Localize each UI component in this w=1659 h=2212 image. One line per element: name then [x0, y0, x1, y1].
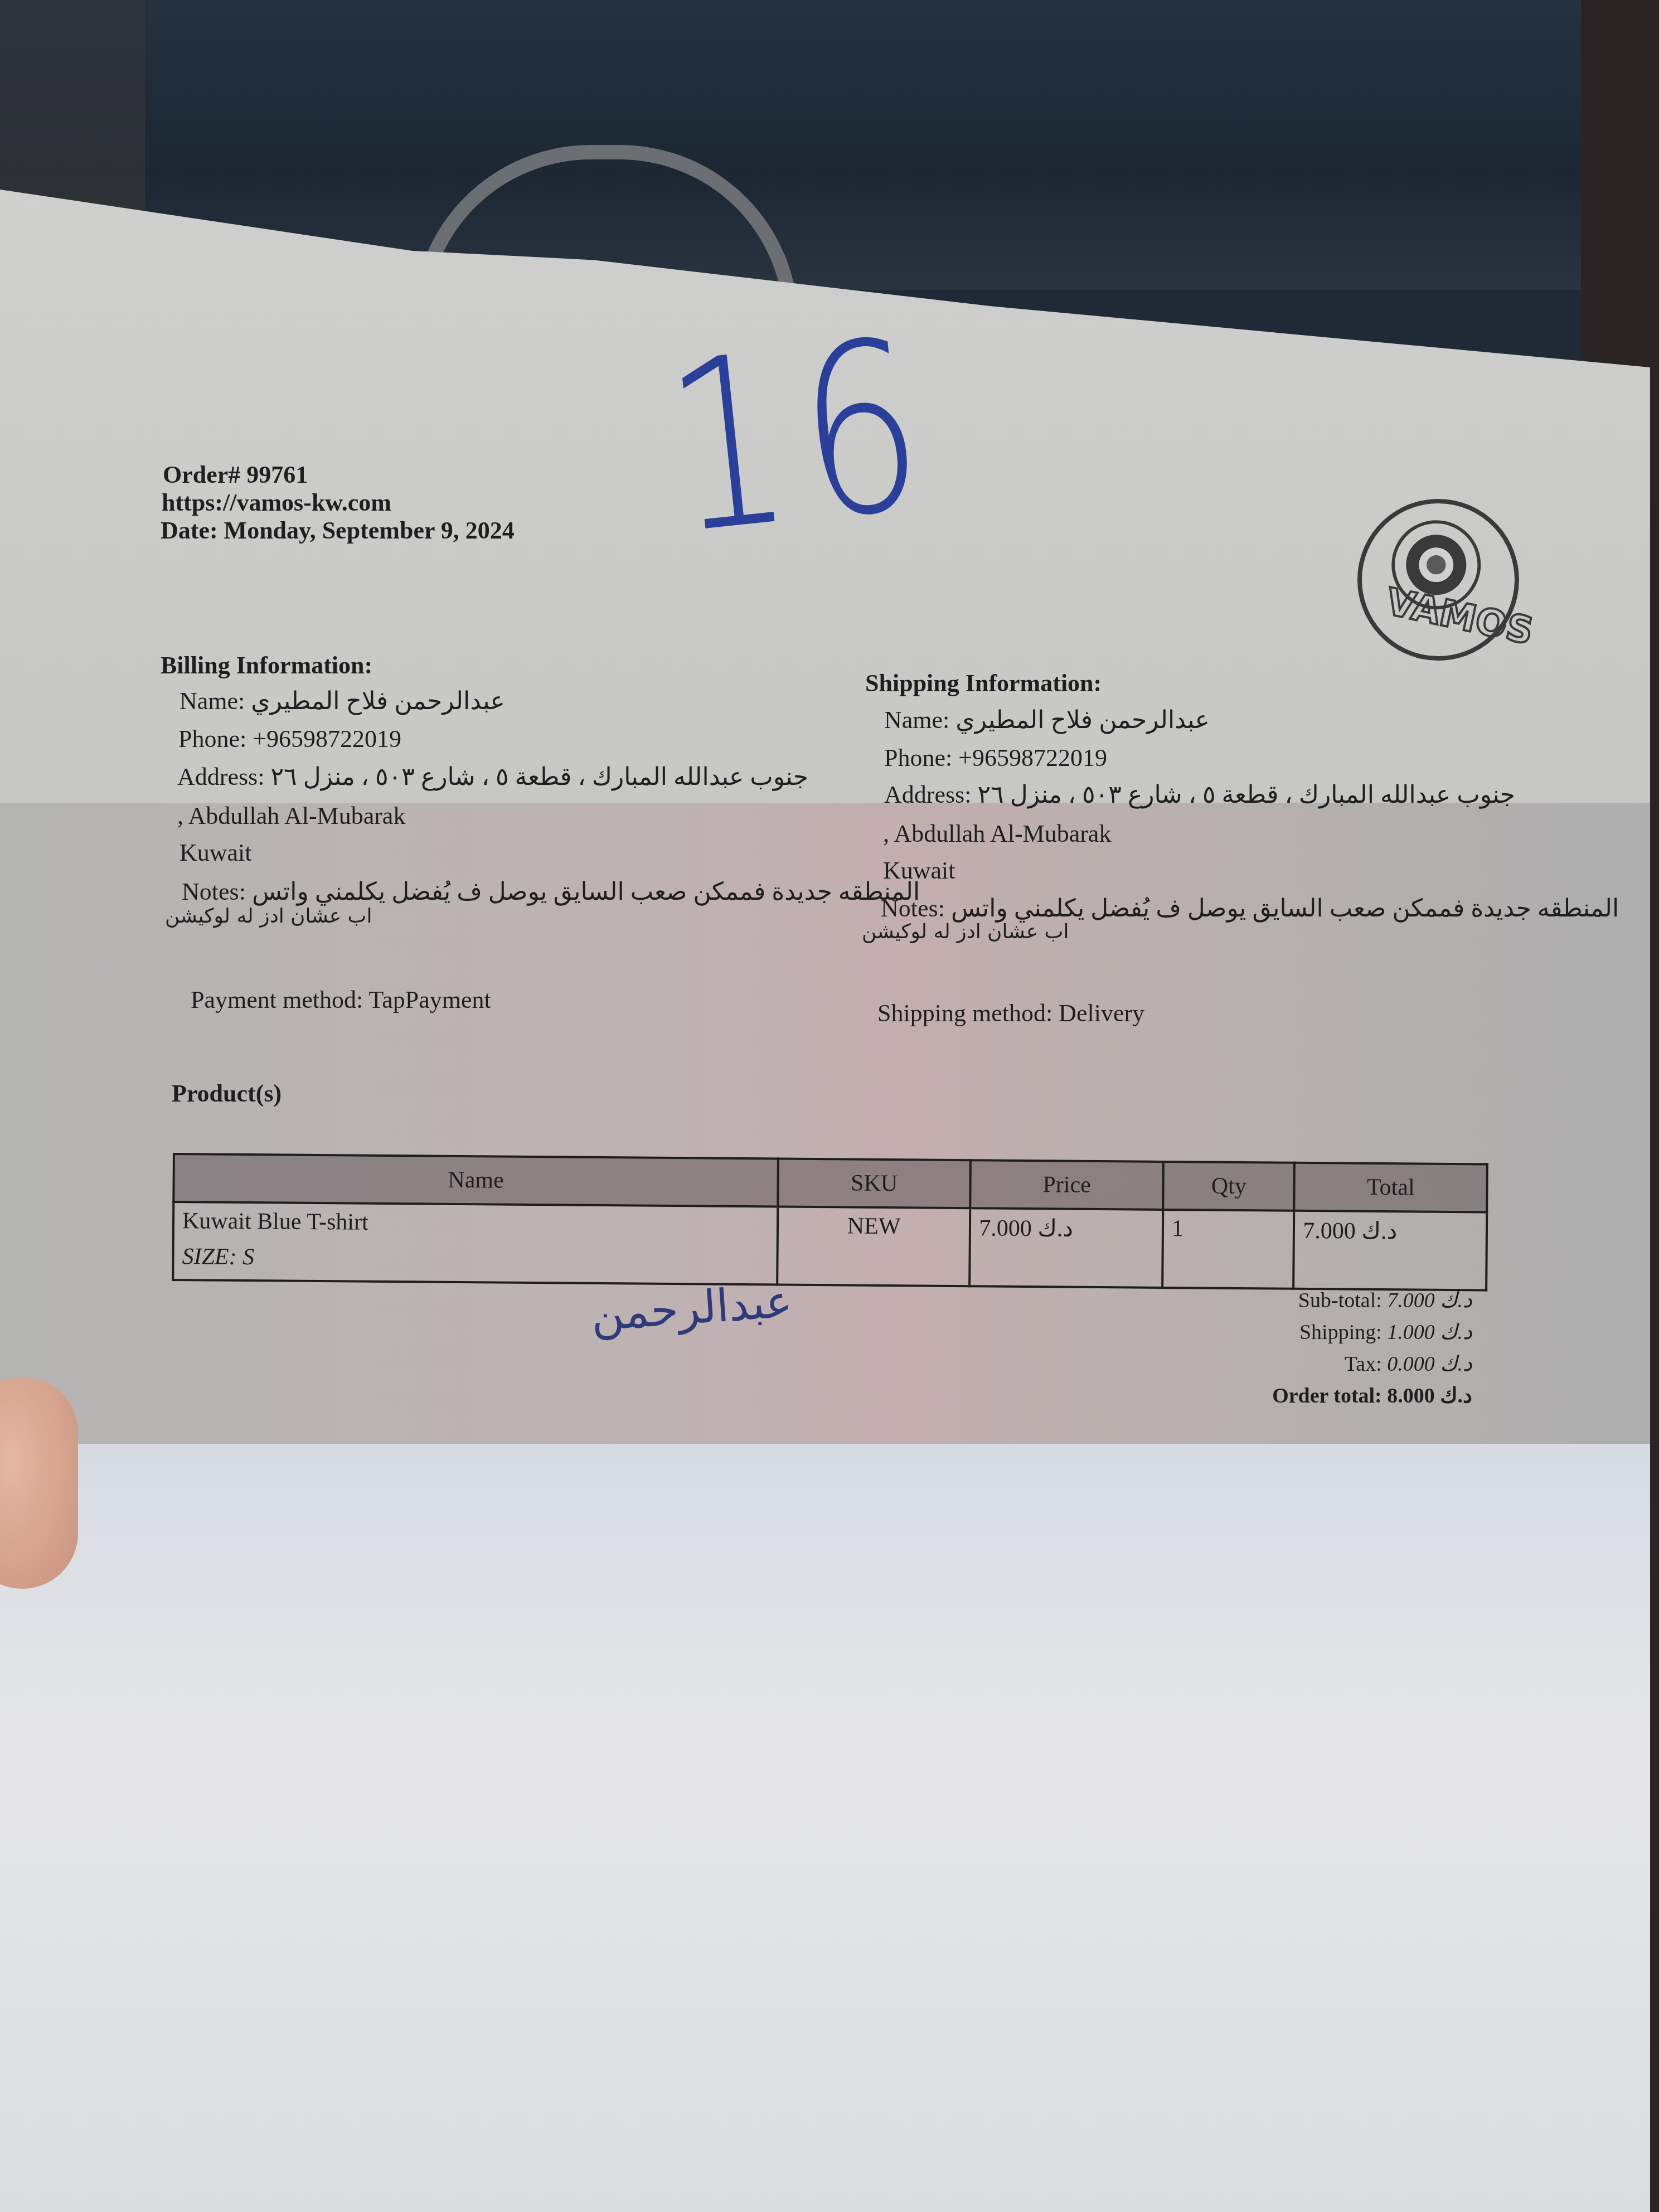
order-totals: Sub-total: 7.000 د.ك Shipping: 1.000 د.ك… — [1272, 1285, 1472, 1412]
payment-method: Payment method: TapPayment — [191, 987, 491, 1013]
products-heading: Product(s) — [172, 1080, 282, 1107]
order-date: Date: Monday, September 9, 2024 — [161, 517, 515, 544]
billing-phone: Phone: +96598722019 — [178, 726, 401, 753]
subtotal-label: Sub-total: — [1298, 1289, 1382, 1312]
shipping-phone: Phone: +96598722019 — [884, 745, 1107, 772]
billing-notes-cont: اب عشان ادز له لوكيشن — [165, 905, 372, 928]
column-header-sku: SKU — [778, 1159, 971, 1209]
billing-country: Kuwait — [180, 840, 252, 866]
tax-label: Tax: — [1345, 1352, 1382, 1376]
order-total-value: 8.000 د.ك — [1387, 1384, 1472, 1408]
shipping-cost-value: 1.000 د.ك — [1387, 1321, 1472, 1344]
table-row: Kuwait Blue T-shirt SIZE: S NEW 7.000 د.… — [173, 1202, 1487, 1290]
shipping-heading: Shipping Information: — [865, 670, 1102, 697]
column-header-total: Total — [1294, 1163, 1487, 1212]
product-option: SIZE: S — [182, 1243, 768, 1274]
tax-value: 0.000 د.ك — [1387, 1352, 1472, 1376]
product-name-cell: Kuwait Blue T-shirt SIZE: S — [173, 1202, 778, 1285]
vamos-logo: VAMOS — [1345, 486, 1532, 673]
shipping-notes-cont: اب عشان ادز له لوكيشن — [862, 921, 1069, 943]
column-header-price: Price — [971, 1160, 1163, 1210]
handwritten-signature: عبدالرحمن — [589, 1275, 794, 1341]
column-header-qty: Qty — [1163, 1162, 1294, 1211]
shipping-cost-label: Shipping: — [1299, 1321, 1382, 1344]
shipping-notes: Notes: المنطقه جديدة فممكن صعب السايق يو… — [881, 895, 1619, 922]
billing-notes: Notes: المنطقه جديدة فممكن صعب السايق يو… — [182, 879, 920, 905]
billing-name: Name: عبدالرحمن فلاح المطيري — [180, 688, 505, 715]
order-total-label: Order total: — [1272, 1384, 1382, 1408]
shipping-country: Kuwait — [883, 857, 955, 884]
billing-address-city: , Abdullah Al-Mubarak — [177, 803, 405, 829]
order-total-row: Order total: 8.000 د.ك — [1272, 1380, 1472, 1412]
order-number: Order# 99761 — [163, 462, 308, 488]
shipping-row: Shipping: 1.000 د.ك — [1272, 1317, 1472, 1348]
product-total: 7.000 د.ك — [1294, 1211, 1487, 1291]
shipping-name: Name: عبدالرحمن فلاح المطيري — [884, 707, 1210, 734]
product-price: 7.000 د.ك — [970, 1208, 1163, 1288]
billing-heading: Billing Information: — [161, 652, 372, 679]
product-name: Kuwait Blue T-shirt — [182, 1208, 368, 1235]
subtotal-value: 7.000 د.ك — [1387, 1289, 1472, 1312]
website-link: https://vamos-kw.com — [162, 489, 391, 516]
subtotal-row: Sub-total: 7.000 د.ك — [1272, 1285, 1472, 1317]
order-invoice: Order# 99761 https://vamos-kw.com Date: … — [0, 0, 1659, 2212]
product-sku: NEW — [777, 1207, 971, 1287]
shipping-address-city: , Abdullah Al-Mubarak — [883, 821, 1111, 847]
product-qty: 1 — [1162, 1210, 1294, 1289]
products-table: Name SKU Price Qty Total Kuwait Blue T-s… — [172, 1153, 1488, 1292]
handwritten-number: 16 — [655, 288, 947, 586]
column-header-name: Name — [173, 1154, 778, 1207]
billing-address: Address: جنوب عبدالله المبارك ، قطعة ٥ ،… — [177, 764, 808, 790]
shipping-address: Address: جنوب عبدالله المبارك ، قطعة ٥ ،… — [884, 782, 1515, 808]
tax-row: Tax: 0.000 د.ك — [1272, 1348, 1472, 1380]
shipping-method: Shipping method: Delivery — [877, 1000, 1144, 1027]
